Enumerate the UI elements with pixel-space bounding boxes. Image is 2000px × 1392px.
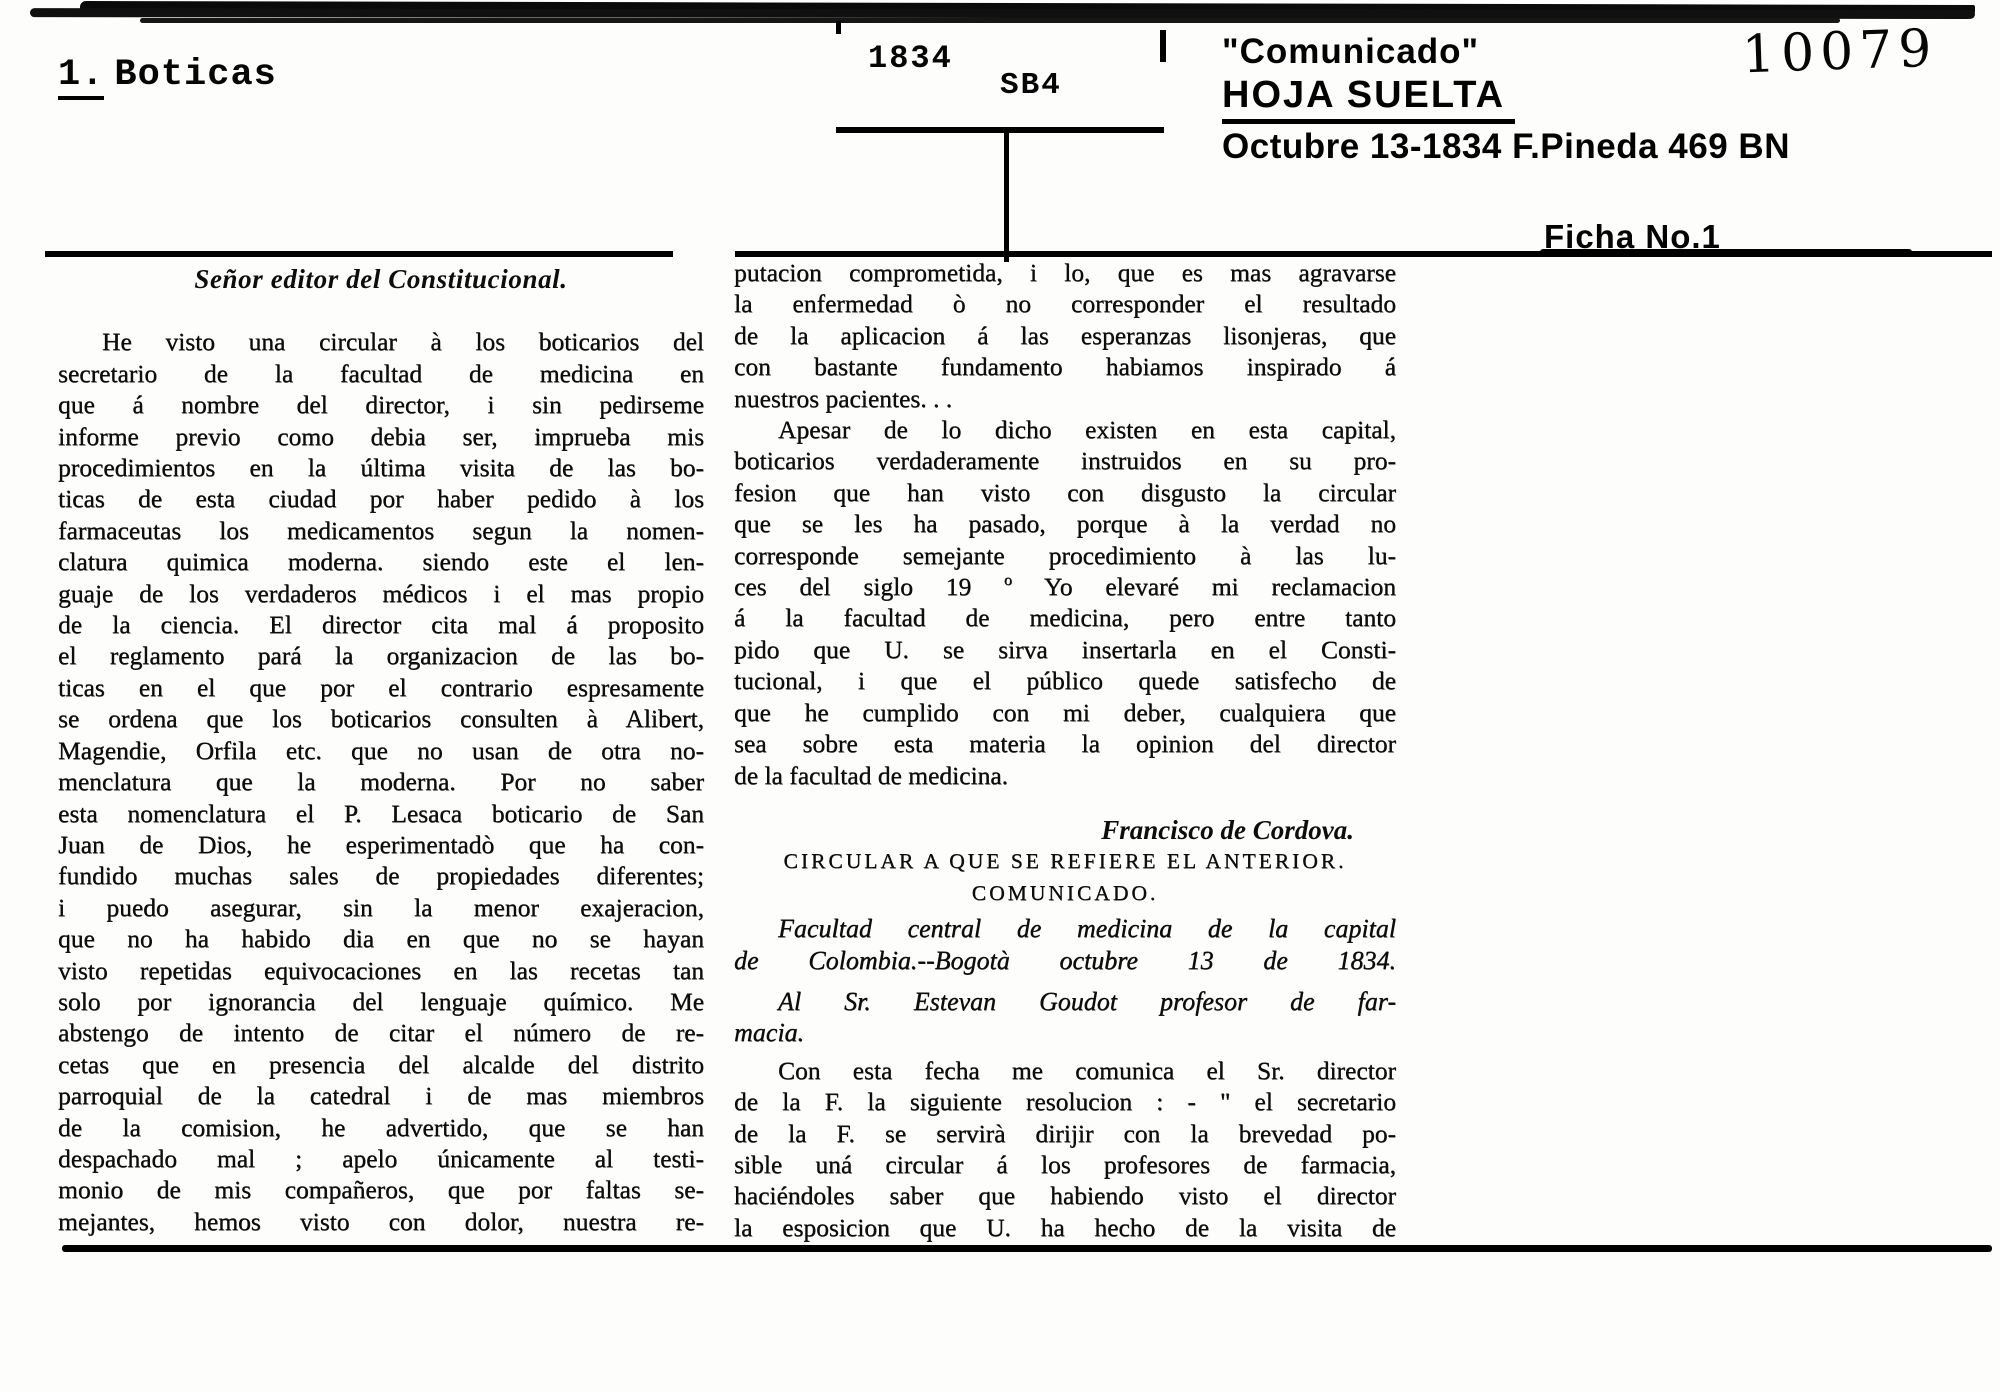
document-date-source-label: Octubre 13-1834 F.Pineda 469 BN [1222, 127, 1790, 167]
text-line: abstengo de intento de citar el número d… [58, 1017, 704, 1048]
text-line: secretario de la facultad de medicina en [58, 358, 704, 389]
document-format-label: HOJA SUELTA [1222, 73, 1515, 124]
text-line: macia. [734, 1017, 1396, 1048]
category-index: 1. [58, 54, 104, 100]
text-line: procedimientos en la última visita de la… [58, 452, 704, 483]
text-line: CIRCULAR A QUE SE REFIERE EL ANTERIOR. [734, 846, 1396, 877]
text-line: ticas de esta ciudad por haber pedido à … [58, 483, 704, 514]
text-line: parroquial de la catedral i de mas miemb… [58, 1080, 704, 1111]
text-line: clatura quimica moderna. siendo este el … [58, 546, 704, 577]
text-line: farmaceutas los medicamentos segun la no… [58, 515, 704, 546]
bottom-divider [62, 1245, 1992, 1252]
text-line: despachado mal ; apelo únicamente al tes… [58, 1143, 704, 1174]
text-line: informe previo como debia ser, imprueba … [58, 421, 704, 452]
letter-salutation-heading: Señor editor del Constitucional. [58, 264, 704, 295]
ficha-underline [1540, 249, 1912, 257]
text-line: fundido muchas sales de propiedades dife… [58, 860, 704, 891]
text-line: el reglamento pará la organizacion de la… [58, 640, 704, 671]
tick-mark [836, 21, 841, 34]
text-line: visto repetidas equivocaciones en las re… [58, 955, 704, 986]
text-line: Magendie, Orfila etc. que no usan de otr… [58, 735, 704, 766]
text-line: que se les ha pasado, porque à la verdad… [734, 508, 1396, 539]
text-line: monio de mis compañeros, que por faltas … [58, 1174, 704, 1205]
text-line: putacion comprometida, i lo, que es mas … [734, 257, 1396, 288]
text-line: Apesar de lo dicho existen en esta capit… [734, 414, 1396, 445]
scanned-document-page: 1.Boticas 1834 SB4 "Comunicado" HOJA SUE… [0, 0, 2000, 1392]
text-line: sea sobre esta materia la opinion del di… [734, 728, 1396, 759]
text-line: Facultad central de medicina de la capit… [734, 913, 1396, 944]
text-line: pido que U. se sirva insertarla en el Co… [734, 634, 1396, 665]
text-line: ticas en el que por el contrario espresa… [58, 672, 704, 703]
document-type-label: "Comunicado" [1222, 32, 1790, 72]
text-line: corresponde semejante procedimiento à la… [734, 540, 1396, 571]
text-line: de la F. la siguiente resolucion : - " e… [734, 1086, 1396, 1117]
text-line: COMUNICADO. [734, 878, 1396, 909]
text-line: ces del siglo 19 º Yo elevaré mi reclama… [734, 571, 1396, 602]
timeline-rule [836, 127, 1164, 133]
text-line: esta nomenclatura el P. Lesaca boticario… [58, 798, 704, 829]
document-header: "Comunicado" HOJA SUELTA Octubre 13-1834… [1222, 32, 1790, 167]
text-line: Francisco de Cordova. [734, 815, 1396, 846]
code-label: SB4 [1000, 68, 1062, 103]
text-line: tucional, i que el público quede satisfe… [734, 665, 1396, 696]
text-line: boticarios verdaderamente instruidos en … [734, 445, 1396, 476]
text-line: nuestros pacientes. . . [734, 383, 1396, 414]
text-line: solo por ignorancia del lenguaje químico… [58, 986, 704, 1017]
text-line: He visto una circular à los boticarios d… [58, 326, 704, 357]
text-line: de la facultad de medicina. [734, 760, 1396, 791]
text-line: con bastante fundamento habiamos inspira… [734, 351, 1396, 382]
text-line: mejantes, hemos visto con dolor, nuestra… [58, 1206, 704, 1237]
text-line: Al Sr. Estevan Goudot profesor de far- [734, 986, 1396, 1017]
scan-top-edge-artifact [140, 18, 1840, 23]
text-line: que no ha habido dia en que no se hayan [58, 923, 704, 954]
text-line: guaje de los verdaderos médicos i el mas… [58, 578, 704, 609]
text-line: de Colombia.--Bogotà octubre 13 de 1834. [734, 945, 1396, 976]
text-line: la enfermedad ò no corresponder el resul… [734, 288, 1396, 319]
left-column-body: He visto una circular à los boticarios d… [58, 326, 704, 1237]
text-line: cetas que en presencia del alcalde del d… [58, 1049, 704, 1080]
text-line: la esposicion que U. ha hecho de la visi… [734, 1212, 1396, 1243]
year-label: 1834 [868, 40, 953, 77]
text-line: á la facultad de medicina, pero entre ta… [734, 602, 1396, 633]
text-line: i puedo asegurar, sin la menor exajeraci… [58, 892, 704, 923]
right-column-body: putacion comprometida, i lo, que es mas … [734, 257, 1396, 1243]
text-line: de la comision, he advertido, que se han [58, 1112, 704, 1143]
text-line: que á nombre del director, i sin pedirse… [58, 389, 704, 420]
tick-mark [1160, 30, 1166, 62]
header-divider-left [45, 251, 673, 257]
category-label: 1.Boticas [58, 54, 277, 96]
text-line: Con esta fecha me comunica el Sr. direct… [734, 1055, 1396, 1086]
text-line: de la ciencia. El director cita mal á pr… [58, 609, 704, 640]
right-text-column: putacion comprometida, i lo, que es mas … [734, 257, 1396, 1243]
text-line: de la aplicacion á las esperanzas lisonj… [734, 320, 1396, 351]
text-line: de la F. se servirà dirijir con la breve… [734, 1118, 1396, 1149]
text-line: se ordena que los boticarios consulten à… [58, 703, 704, 734]
text-line: sible uná circular á los profesores de f… [734, 1149, 1396, 1180]
left-text-column: Señor editor del Constitucional. He vist… [58, 264, 704, 1237]
handwritten-catalog-number: 10079 [1741, 19, 1938, 86]
text-line: Juan de Dios, he esperimentadò que ha co… [58, 829, 704, 860]
text-line: que he cumplido con mi deber, cualquiera… [734, 697, 1396, 728]
category-name: Boticas [114, 54, 276, 96]
text-line: menclatura que la moderna. Por no saber [58, 766, 704, 797]
text-line: haciéndoles saber que habiendo visto el … [734, 1180, 1396, 1211]
text-line: fesion que han visto con disgusto la cir… [734, 477, 1396, 508]
timeline-stem [1004, 131, 1009, 262]
